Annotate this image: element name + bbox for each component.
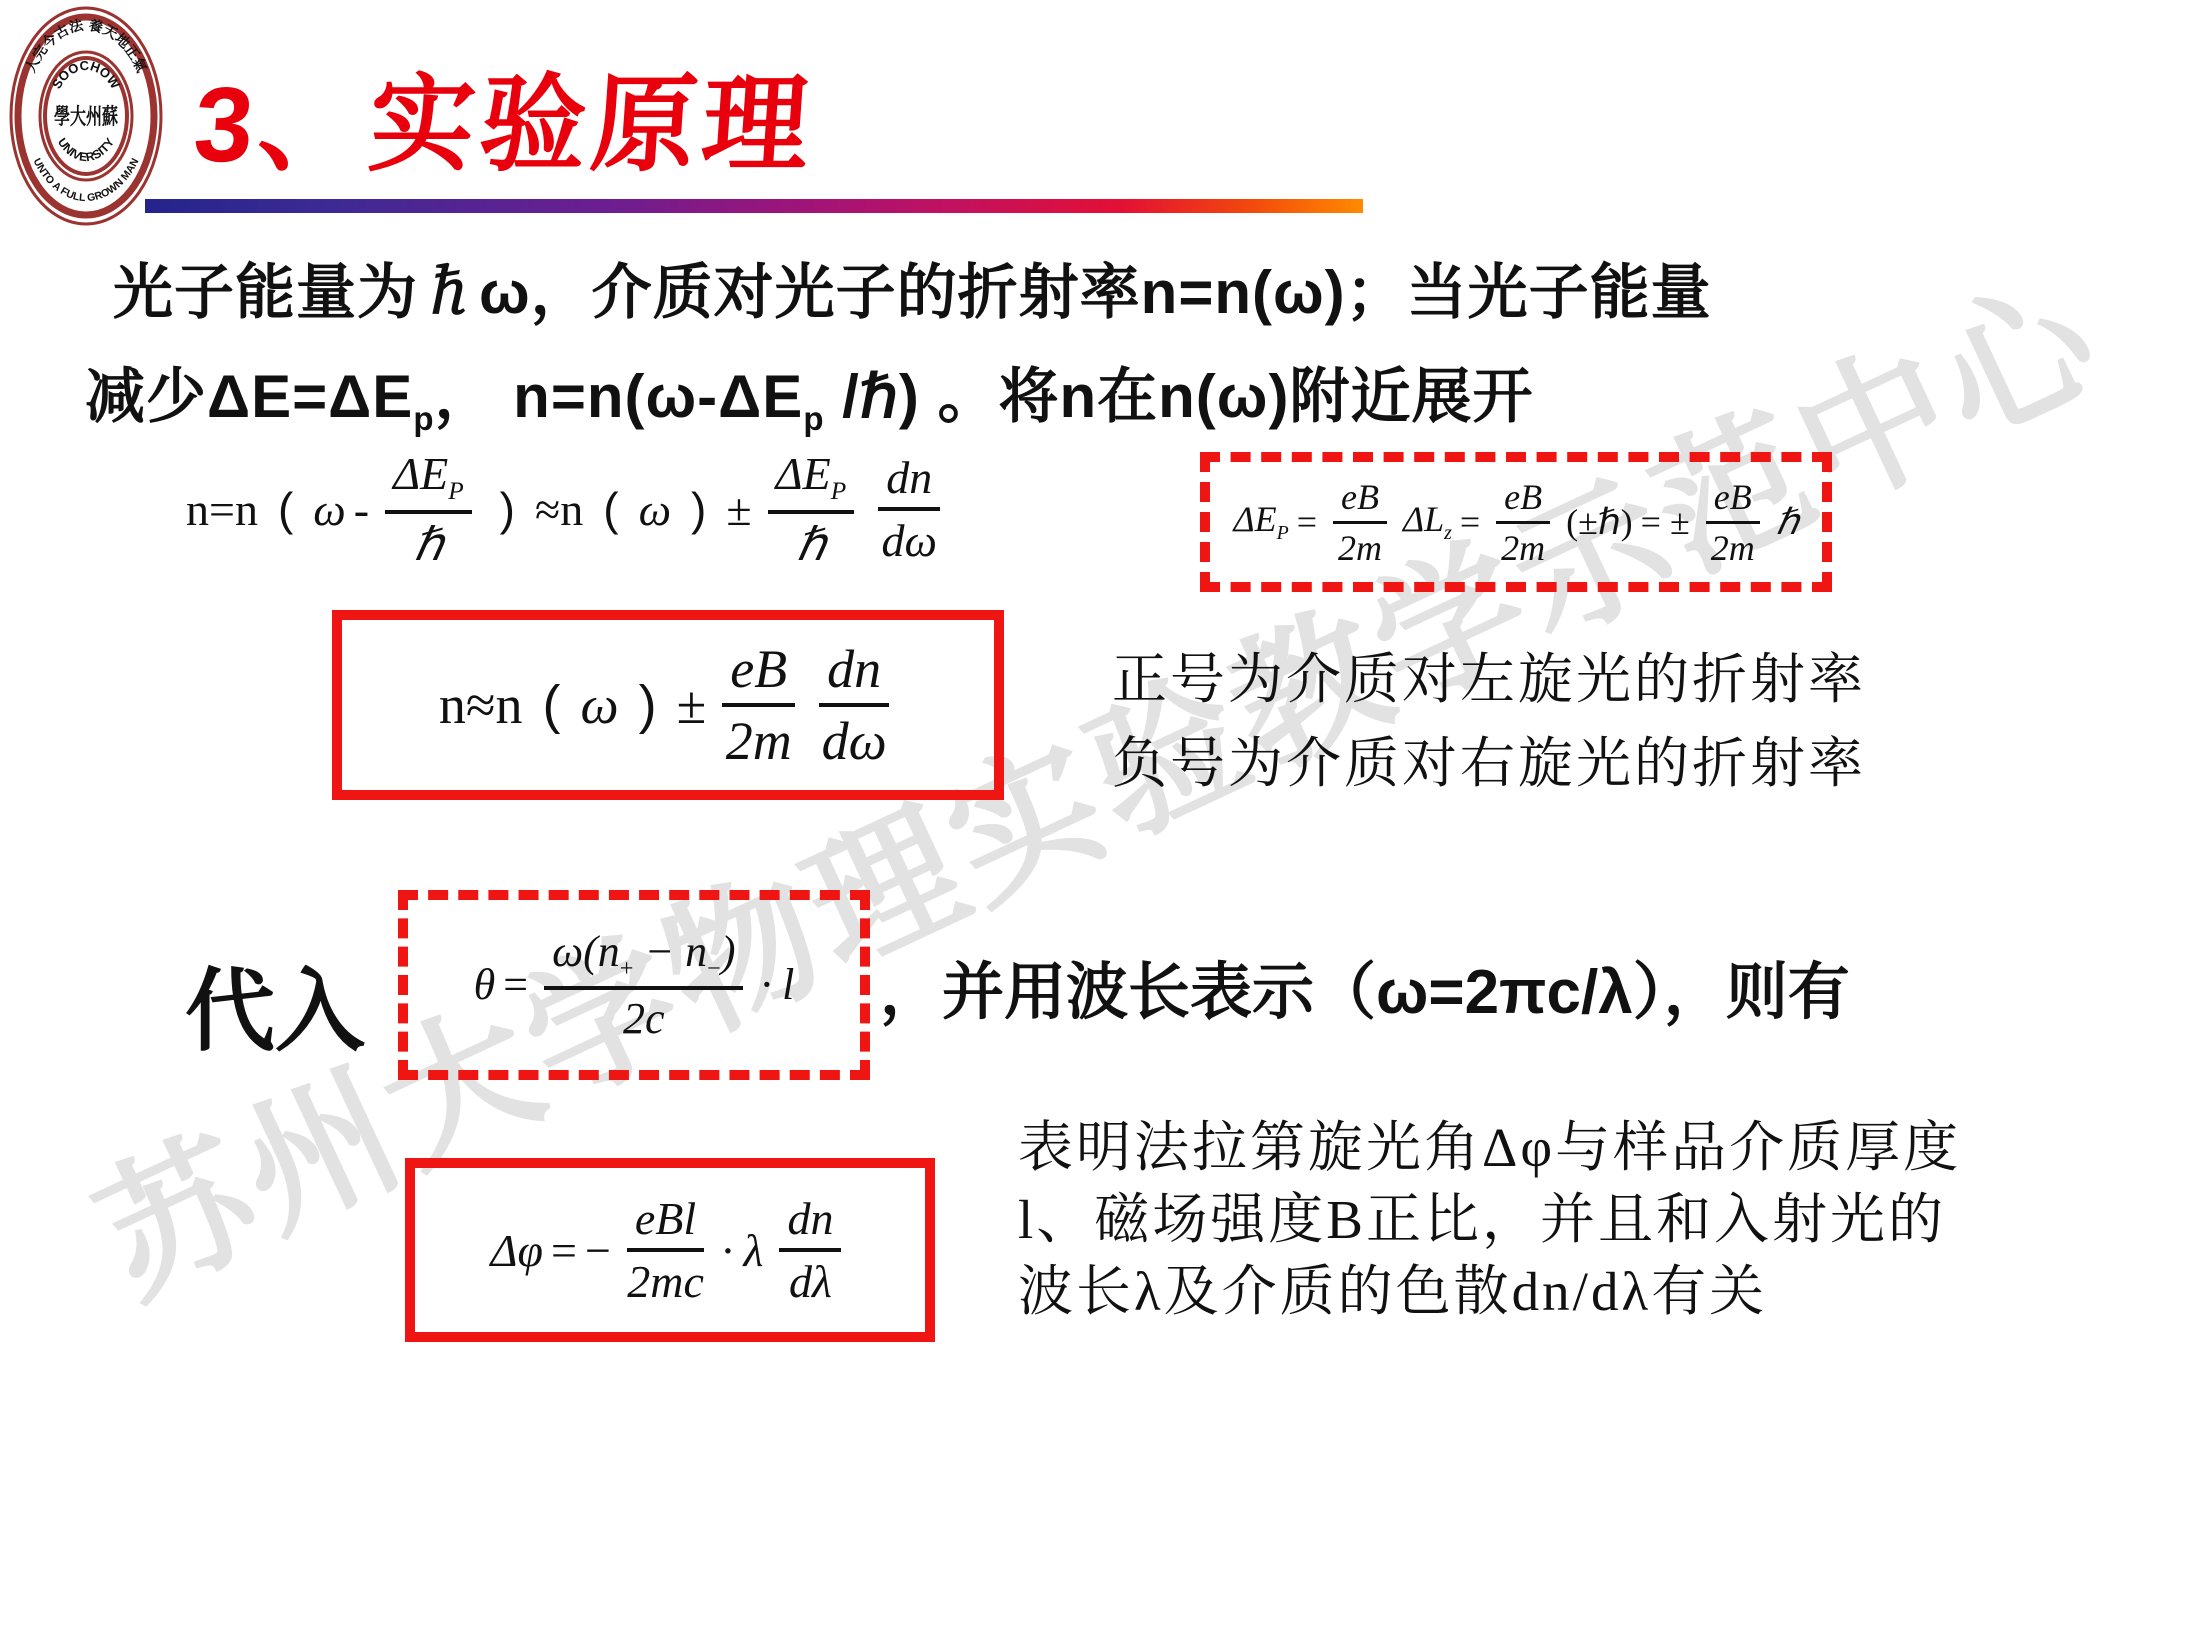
math-token: ΔEP: [1233, 498, 1288, 545]
math-token: -: [354, 483, 369, 536]
formula-content: θ = ω(n+ − n−)2c · l: [474, 926, 795, 1044]
equals-sign: =: [551, 1224, 577, 1277]
numerator: eB: [722, 638, 795, 707]
text-run: 减少ΔE=ΔE: [85, 363, 413, 430]
note-minus-sign: 负号为介质对右旋光的折射率: [1112, 722, 1866, 806]
conclusion-line-2: l、磁场强度B正比，并且和入射光的: [1018, 1184, 1961, 1256]
subscript-p: p: [803, 400, 824, 437]
close-paren: ): [691, 482, 706, 536]
denominator: 2m: [722, 707, 795, 772]
math-token: n≈n: [439, 674, 523, 736]
text-run: ， n=n(ω-ΔE: [435, 363, 804, 430]
hbar-symbol: ℏ: [1776, 501, 1799, 543]
denominator: 2m: [1333, 524, 1387, 569]
equals-sign: =: [503, 959, 528, 1010]
denominator: dω: [878, 511, 940, 567]
denominator: 2mc: [627, 1252, 704, 1308]
fraction: dndω: [819, 638, 889, 772]
formula-content: n≈n ( ω ) ± eB2m dndω: [439, 638, 897, 772]
math-token: ω: [580, 674, 618, 736]
numerator: eBl: [627, 1192, 704, 1252]
fraction: eB2m: [1706, 476, 1760, 569]
equals-sign: =: [1297, 501, 1317, 543]
math-token: ΔL: [1403, 499, 1444, 539]
note-plus-sign: 正号为介质对左旋光的折射率: [1112, 638, 1866, 722]
sign-convention-notes: 正号为介质对左旋光的折射率 负号为介质对右旋光的折射率: [1112, 638, 1866, 806]
plus-minus-sign: ±: [677, 674, 707, 736]
dot-operator: ·: [720, 1224, 735, 1277]
numerator: eB: [1333, 476, 1387, 524]
fraction: eBl2mc: [627, 1192, 704, 1308]
fraction: ΔEPℏ: [385, 447, 472, 570]
conclusion-paragraph: 表明法拉第旋光角Δφ与样品介质厚度 l、磁场强度B正比，并且和入射光的 波长λ及…: [1018, 1112, 1961, 1328]
numerator: dn: [779, 1192, 841, 1252]
subscript-p: p: [413, 400, 434, 437]
formula-taylor-expansion: n=n ( ω - ΔEPℏ ) ≈n ( ω ) ± ΔEPℏ dndω: [186, 446, 948, 572]
numerator: eB: [1496, 476, 1550, 524]
denominator: ℏ: [385, 514, 472, 571]
lambda-symbol: λ: [744, 1224, 764, 1277]
math-token: ΔE: [393, 448, 448, 499]
dot-operator: ·: [759, 959, 774, 1010]
math-token: (±ℏ): [1566, 501, 1633, 543]
formula-rotation-angle-box: θ = ω(n+ − n−)2c · l: [398, 890, 870, 1080]
formula-refractive-index-box: n≈n ( ω ) ± eB2m dndω: [332, 610, 1004, 800]
minus-sign: −: [585, 1224, 611, 1277]
open-paren: (: [278, 482, 293, 536]
formula-content: ΔEP = eB2m ΔLz = eB2m (±ℏ) = ± eB2m ℏ: [1233, 476, 1798, 569]
subscript: P: [448, 478, 463, 506]
plus-minus-sign: ±: [726, 483, 751, 536]
math-token: n=n: [186, 483, 258, 536]
numerator: ω(n+ − n−): [544, 926, 743, 990]
university-logo: 人完今古法 養天地正氣 UNTO A FULL GROWN MAN SOOCHO…: [8, 5, 164, 227]
open-paren: (: [603, 482, 618, 536]
fraction: eB2m: [722, 638, 795, 772]
equals-sign: =: [1460, 501, 1480, 543]
math-token: − n: [633, 927, 707, 976]
formula-zeeman-splitting-box: ΔEP = eB2m ΔLz = eB2m (±ℏ) = ± eB2m ℏ: [1200, 452, 1832, 592]
open-paren: (: [542, 674, 560, 736]
paragraph-line-2: 减少ΔE=ΔEp， n=n(ω-ΔEp /ℏ) 。将n在n(ω)附近展开: [85, 349, 1533, 438]
math-token: ω: [639, 483, 671, 536]
math-token: ω(n: [552, 927, 620, 976]
math-token: ΔLz: [1403, 498, 1452, 545]
math-token: ω: [313, 483, 345, 536]
formula-faraday-angle-box: Δφ = − eBl2mc · λ dndλ: [405, 1158, 935, 1342]
fraction: dndω: [878, 451, 940, 567]
presentation-slide: 苏州大学物理实验教学示范中心 人完今古法 養天地正氣 UNTO A FULL G…: [0, 0, 2200, 1650]
fraction: eB2m: [1333, 476, 1387, 569]
formula-content: Δφ = − eBl2mc · λ dndλ: [491, 1192, 850, 1308]
conclusion-line-1: 表明法拉第旋光角Δφ与样品介质厚度: [1018, 1112, 1961, 1184]
denominator: 2m: [1706, 524, 1760, 569]
fraction: ω(n+ − n−)2c: [544, 926, 743, 1044]
numerator: eB: [1706, 476, 1760, 524]
numerator: dn: [878, 451, 940, 511]
denominator: dλ: [779, 1252, 841, 1308]
denominator: dω: [819, 707, 889, 772]
length-symbol: l: [782, 959, 794, 1010]
subscript: z: [1444, 523, 1452, 545]
text-run: /ℏ) 。将n在n(ω)附近展开: [824, 363, 1533, 430]
logo-seal-script: 學大州蘇: [54, 104, 118, 129]
denominator: 2c: [544, 990, 743, 1044]
math-token: ): [721, 927, 736, 976]
close-paren: ): [639, 674, 657, 736]
subscript: P: [1277, 523, 1289, 545]
theta-symbol: θ: [474, 959, 496, 1010]
wavelength-note: ，并用波长表示（ω=2πc/λ），则有: [880, 942, 1850, 1031]
delta-phi-symbol: Δφ: [491, 1224, 543, 1277]
fraction: eB2m: [1496, 476, 1550, 569]
subscript: +: [620, 955, 634, 982]
fraction: dndλ: [779, 1192, 841, 1308]
math-token: ≈n: [535, 483, 583, 536]
fraction: ΔEPℏ: [768, 447, 855, 570]
close-paren: ): [500, 482, 515, 536]
math-token: ΔE: [776, 448, 831, 499]
title-underline-bar: [145, 199, 1363, 213]
subscript: P: [831, 478, 846, 506]
substitute-label: 代入: [185, 938, 365, 1068]
math-token: ΔE: [1233, 499, 1276, 539]
numerator: dn: [819, 638, 889, 707]
numerator: ΔEP: [768, 447, 855, 513]
equals-plus-minus: = ±: [1641, 501, 1690, 543]
numerator: ΔEP: [385, 447, 472, 513]
conclusion-line-3: 波长λ及介质的色散dn/dλ有关: [1018, 1256, 1961, 1328]
paragraph-line-1: 光子能量为ℏω，介质对光子的折射率n=n(ω)；当光子能量: [113, 245, 1712, 331]
denominator: ℏ: [768, 514, 855, 571]
page-title: 3、实验原理: [190, 40, 820, 192]
subscript: −: [707, 955, 721, 982]
denominator: 2m: [1496, 524, 1550, 569]
